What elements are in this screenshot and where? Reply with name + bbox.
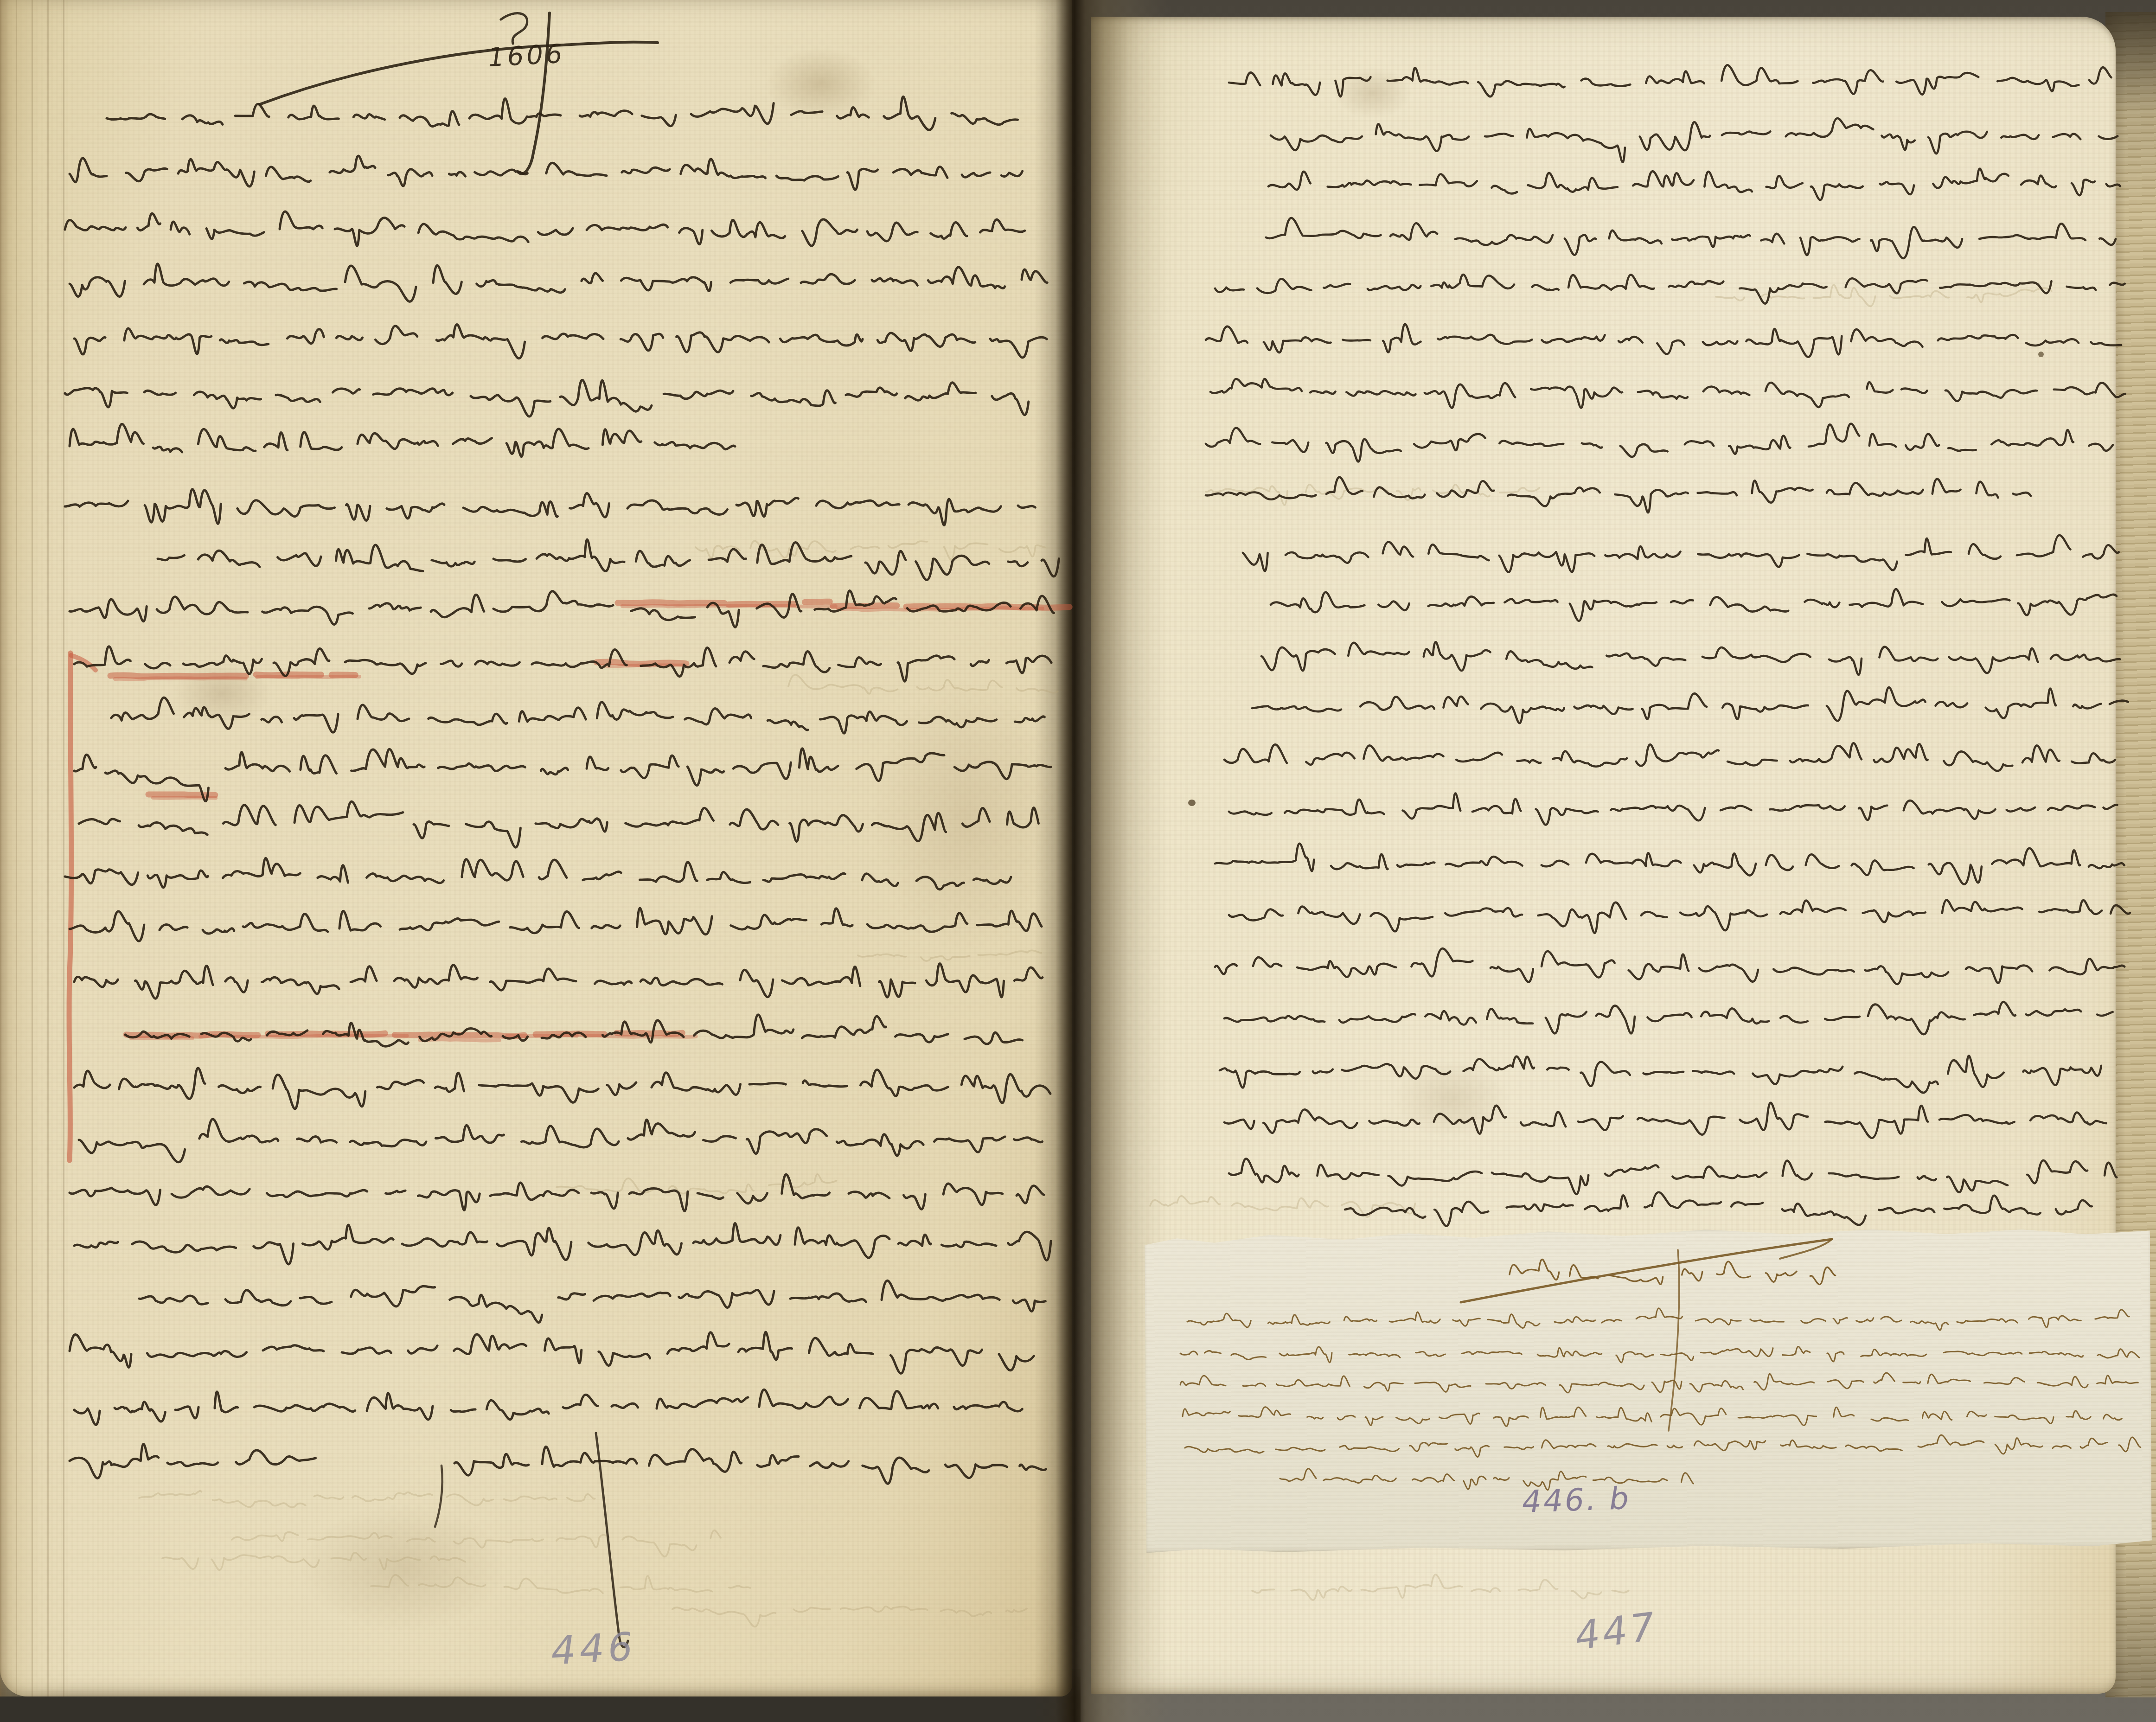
folio-number-left: 446 — [550, 1624, 638, 1674]
page-left — [0, 0, 1072, 1696]
manuscript-photo: 1606 446 447 446. b — [0, 0, 2156, 1722]
folio-number-slip: 446. b — [1522, 1480, 1631, 1520]
page-left-edge-folds — [0, 0, 74, 1696]
header-year: 1606 — [487, 39, 566, 73]
attached-slip — [1145, 1226, 2152, 1553]
